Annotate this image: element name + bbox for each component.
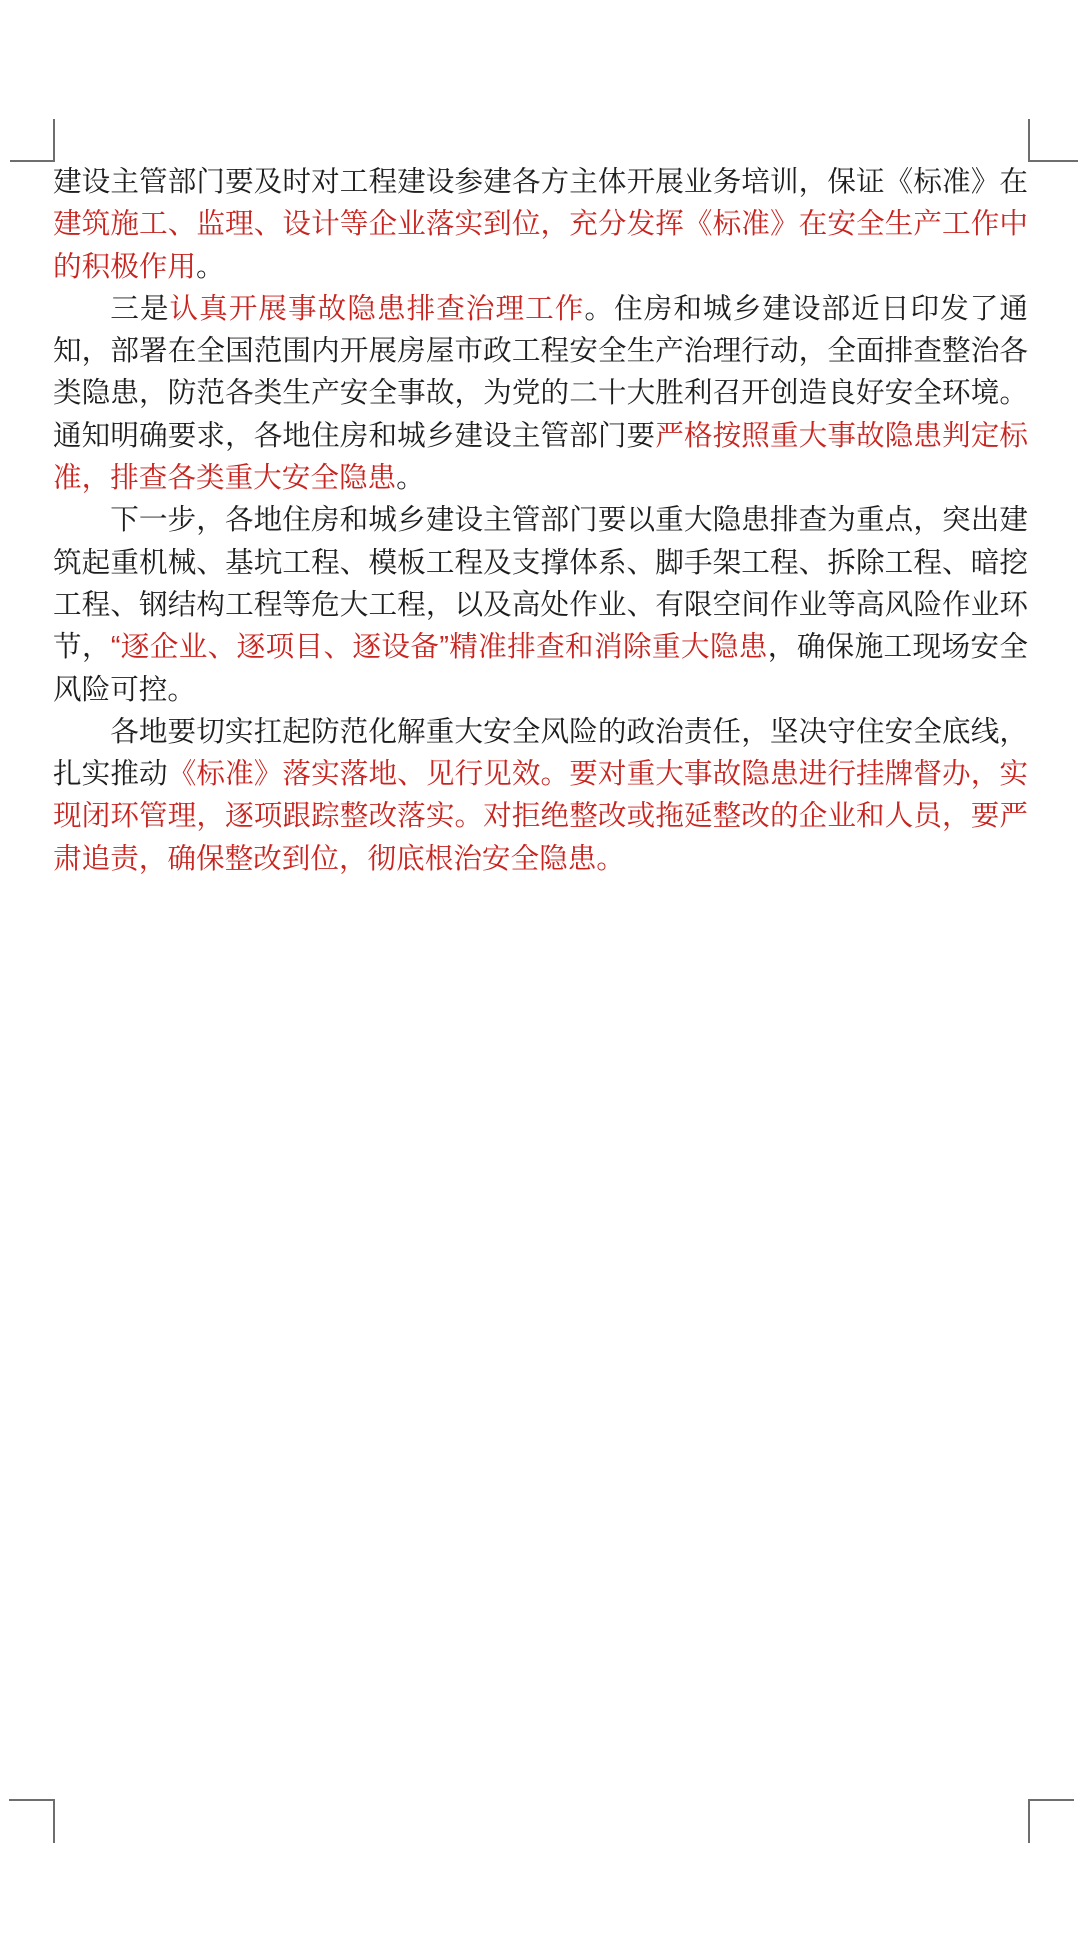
paragraph: 下一步，各地住房和城乡建设主管部门要以重大隐患排查为重点，突出建筑起重机械、基坑… — [53, 499, 1028, 710]
document-text: 建设主管部门要及时对工程建设参建各方主体开展业务培训，保证《标准》在建筑施工、监… — [53, 161, 1028, 880]
crop-mark-bottom-left — [9, 1799, 55, 1843]
emphasis-red-text: 《标准》落实落地、见行见效。要对重大事故隐患进行挂牌督办，实现闭环管理，逐项跟踪… — [53, 758, 1028, 875]
paragraph: 各地要切实扛起防范化解重大安全风险的政治责任，坚决守住安全底线，扎实推动《标准》… — [53, 711, 1028, 880]
paragraph: 三是认真开展事故隐患排查治理工作。住房和城乡建设部近日印发了通知，部署在全国范围… — [53, 288, 1028, 499]
crop-mark-top-left — [10, 119, 55, 162]
body-text: 。 — [196, 251, 225, 283]
crop-mark-bottom-right — [1028, 1799, 1074, 1843]
emphasis-red-text: 认真开展事故隐患排查治理工作 — [169, 293, 584, 325]
document-page: 建设主管部门要及时对工程建设参建各方主体开展业务培训，保证《标准》在建筑施工、监… — [0, 0, 1080, 1959]
body-text: 三是 — [110, 293, 169, 325]
body-text: 。 — [396, 462, 425, 494]
body-text: 建设主管部门要及时对工程建设参建各方主体开展业务培训，保证《标准》在 — [53, 166, 1028, 198]
emphasis-red-text: “逐企业、逐项目、逐设备”精准排查和消除重大隐患 — [111, 631, 768, 663]
paragraph: 建设主管部门要及时对工程建设参建各方主体开展业务培训，保证《标准》在建筑施工、监… — [53, 161, 1028, 288]
crop-mark-top-right — [1028, 119, 1078, 162]
